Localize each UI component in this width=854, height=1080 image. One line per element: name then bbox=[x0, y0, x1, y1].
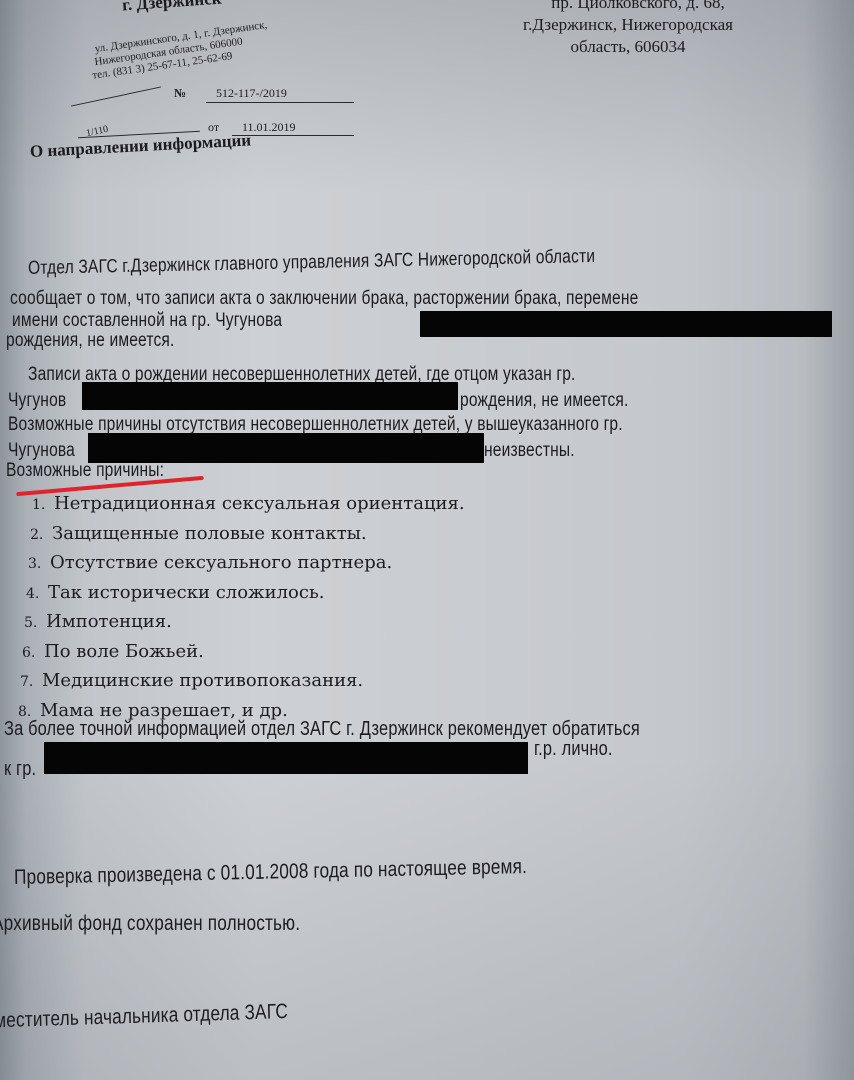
reason-text: По воле Божьей. bbox=[44, 641, 204, 662]
redacted-name-1 bbox=[420, 311, 832, 337]
reason-number: 3. bbox=[28, 550, 50, 579]
paragraph-3-line-3: неизвестны. bbox=[484, 440, 575, 462]
recipient-address-line: г.Дзержинск, Нижегородская bbox=[498, 14, 758, 36]
paragraph-1-line-1: Отдел ЗАГС г.Дзержинск главного управлен… bbox=[28, 246, 595, 280]
reason-text: Отсутствие сексуального партнера. bbox=[50, 552, 392, 573]
reason-item: 3.Отсутствие сексуального партнера. bbox=[28, 549, 465, 579]
reason-number: 4. bbox=[26, 580, 48, 609]
redacted-name-3 bbox=[88, 433, 484, 463]
reason-item: 2.Защищенные половые контакты. bbox=[30, 520, 465, 550]
recipient-address: пр. Циолковского, д. 68, г.Дзержинск, Ни… bbox=[498, 0, 758, 58]
document-number: 512-117-/2019 bbox=[216, 86, 287, 101]
number-field-line bbox=[206, 102, 354, 103]
reason-text: Нетрадиционная сексуальная ориентация. bbox=[54, 493, 465, 514]
reason-item: 7.Медицинские противопоказания. bbox=[20, 667, 465, 697]
issuer-address: ул. Дзержинского, д. 1, г. Дзержинск, Ни… bbox=[88, 19, 272, 83]
reason-item: 5.Импотенция. bbox=[24, 608, 465, 638]
ref-field-line-1 bbox=[71, 86, 161, 106]
reason-text: Медицинские противопоказания. bbox=[42, 670, 363, 691]
paragraph-2-line-2: Чугунов bbox=[8, 390, 66, 412]
paragraph-2-line-3: рождения, не имеется. bbox=[460, 390, 629, 412]
recommendation-line-3: г.р. лично. bbox=[534, 738, 613, 761]
reason-number: 2. bbox=[30, 521, 52, 550]
recipient-address-line: область, 606034 bbox=[498, 36, 758, 58]
reason-number: 5. bbox=[24, 609, 46, 638]
reason-text: Защищенные половые контакты. bbox=[52, 523, 367, 544]
redacted-name-2 bbox=[82, 382, 458, 410]
reason-item: 1.Нетрадиционная сексуальная ориентация. bbox=[32, 490, 465, 520]
reason-number: 6. bbox=[22, 639, 44, 668]
check-period: Проверка произведена с 01.01.2008 года п… bbox=[14, 855, 527, 890]
paragraph-1-line-4: рождения, не имеется. bbox=[6, 330, 175, 352]
reason-text: Так исторически сложилось. bbox=[48, 582, 325, 603]
reasons-list: 1.Нетрадиционная сексуальная ориентация.… bbox=[26, 490, 465, 726]
reason-number: 1. bbox=[32, 491, 54, 520]
reason-item: 4.Так исторически сложилось. bbox=[26, 579, 465, 609]
number-label: № bbox=[174, 86, 186, 101]
issuer-city: г. Дзержинск bbox=[121, 0, 222, 15]
paragraph-3-line-2: Чугунова bbox=[8, 440, 75, 462]
reason-item: 6.По воле Божьей. bbox=[22, 638, 465, 668]
redacted-name-4 bbox=[44, 742, 528, 774]
document-subject: О направлении информации bbox=[29, 130, 251, 162]
paragraph-1-line-3: имени составленной на гр. Чугунова bbox=[12, 310, 282, 332]
reason-text: Импотенция. bbox=[46, 611, 172, 632]
signature-title: Заместитель начальника отдела ЗАГС bbox=[0, 1000, 288, 1034]
recommendation-line-2: к гр. bbox=[4, 758, 36, 781]
recipient-address-line: пр. Циолковского, д. 68, bbox=[518, 0, 758, 14]
archive-note: Архивный фонд сохранен полностью. bbox=[0, 912, 300, 936]
paragraph-1-line-2: сообщает о том, что записи акта о заключ… bbox=[10, 288, 638, 310]
reasons-heading: Возможные причины: bbox=[6, 460, 164, 482]
reason-number: 7. bbox=[20, 668, 42, 697]
